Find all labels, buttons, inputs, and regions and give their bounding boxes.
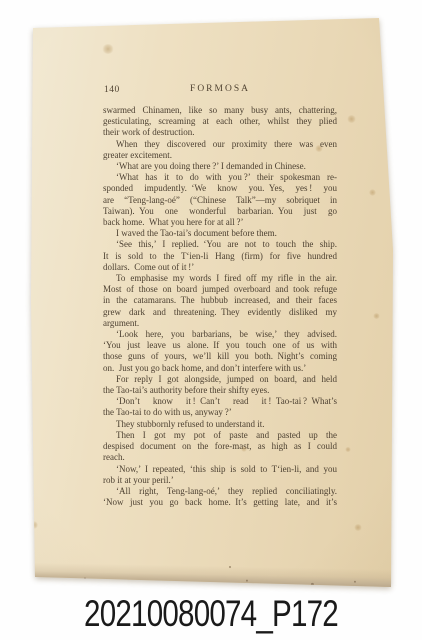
text-line: ‘Now just you go back home. It’s getting… [103, 497, 337, 508]
stain [30, 521, 38, 529]
text-line: greater excitement. [103, 150, 337, 161]
text-line: ‘Now,’ I repeated, ‘this ship is sold to… [103, 464, 337, 475]
text-line: back home. What you here for at all ?’ [103, 217, 337, 228]
text-line: ‘Look here, you barbarians, be wise,’ th… [103, 329, 337, 340]
text-line: ‘What are you doing there ?’ I demanded … [103, 161, 337, 172]
text-line: It is sold to the T‘ien-li Hang (firm) f… [103, 251, 337, 262]
stain [347, 115, 356, 123]
stain [102, 44, 114, 54]
text-line: rob it at your peril.’ [103, 475, 337, 486]
text-line: Most of those on board jumped overboard … [103, 284, 337, 295]
edge-speck [246, 580, 248, 582]
text-line: the Tao-tai to do with us, anyway ?’ [103, 407, 337, 418]
running-title: FORMOSA [103, 84, 337, 94]
text-line: ‘Don’t know it ! Can’t read it ! Tao-tai… [103, 396, 337, 407]
text-line: Taiwan). You one wonderful barbarian. Yo… [103, 206, 337, 217]
text-block: swarmed Chinamen, like so many busy ants… [103, 105, 337, 508]
text-line: the Tao-tai’s authority before their shi… [103, 385, 337, 396]
edge-speck [354, 581, 356, 583]
text-line: argument. [103, 318, 337, 329]
text-line: gesticulating, screaming at each other, … [103, 116, 337, 127]
text-line: their work of destruction. [103, 127, 337, 138]
book-page-shadow: 140 FORMOSA swarmed Chinamen, like so ma… [30, 18, 394, 587]
caption-label: 20210080074_P172 [42, 593, 380, 635]
stain [373, 313, 380, 319]
ink-speck [386, 87, 389, 91]
text-line: I waved the Tao-tai’s document before th… [103, 228, 337, 239]
text-line: those guns of yours, we’ll kill you both… [103, 351, 337, 362]
text-line: sponded impudently. ‘We know you. Yes, y… [103, 183, 337, 194]
stain [354, 524, 362, 531]
text-line: are “Teng-lang-oé” (“Chinese Talk”—my so… [103, 195, 337, 206]
text-line: To emphasise my words I fired off my rif… [103, 273, 337, 284]
edge-speck [162, 581, 165, 583]
book-page: 140 FORMOSA swarmed Chinamen, like so ma… [30, 18, 394, 587]
text-line: They stubbornly refused to understand it… [103, 419, 337, 430]
scanned-book-photo: 140 FORMOSA swarmed Chinamen, like so ma… [0, 0, 422, 640]
text-line: swarmed Chinamen, like so many busy ants… [103, 105, 337, 116]
stain [369, 189, 376, 196]
text-line: despised document on the fore-mast, as h… [103, 441, 337, 452]
text-line: dollars. Come out of it !’ [103, 262, 337, 273]
edge-speck [84, 578, 86, 580]
text-line: ‘All right, Teng-lang-oé,’ they replied … [103, 486, 337, 497]
edge-speck [311, 583, 314, 586]
text-line: in the catamarans. The hubbub increased,… [103, 295, 337, 306]
text-line: ‘What has it to do with you ?’ their spo… [103, 172, 337, 183]
text-line: ‘See this,’ I replied. ‘You are not to t… [103, 239, 337, 250]
text-line: reach. [103, 452, 337, 463]
text-line: For reply I got alongside, jumped on boa… [103, 374, 337, 385]
page-bottom-edge [24, 562, 404, 593]
text-line: grew dark and threatening. They evidentl… [103, 307, 337, 318]
page-header: 140 FORMOSA [103, 84, 337, 98]
text-line: ‘You just leave us alone. If you touch o… [103, 340, 337, 351]
text-line: When they discovered our proximity there… [103, 139, 337, 150]
stain [345, 447, 351, 452]
text-line: on. Just you go back home, and don’t int… [103, 363, 337, 374]
text-line: Then I got my pot of paste and pasted up… [103, 430, 337, 441]
